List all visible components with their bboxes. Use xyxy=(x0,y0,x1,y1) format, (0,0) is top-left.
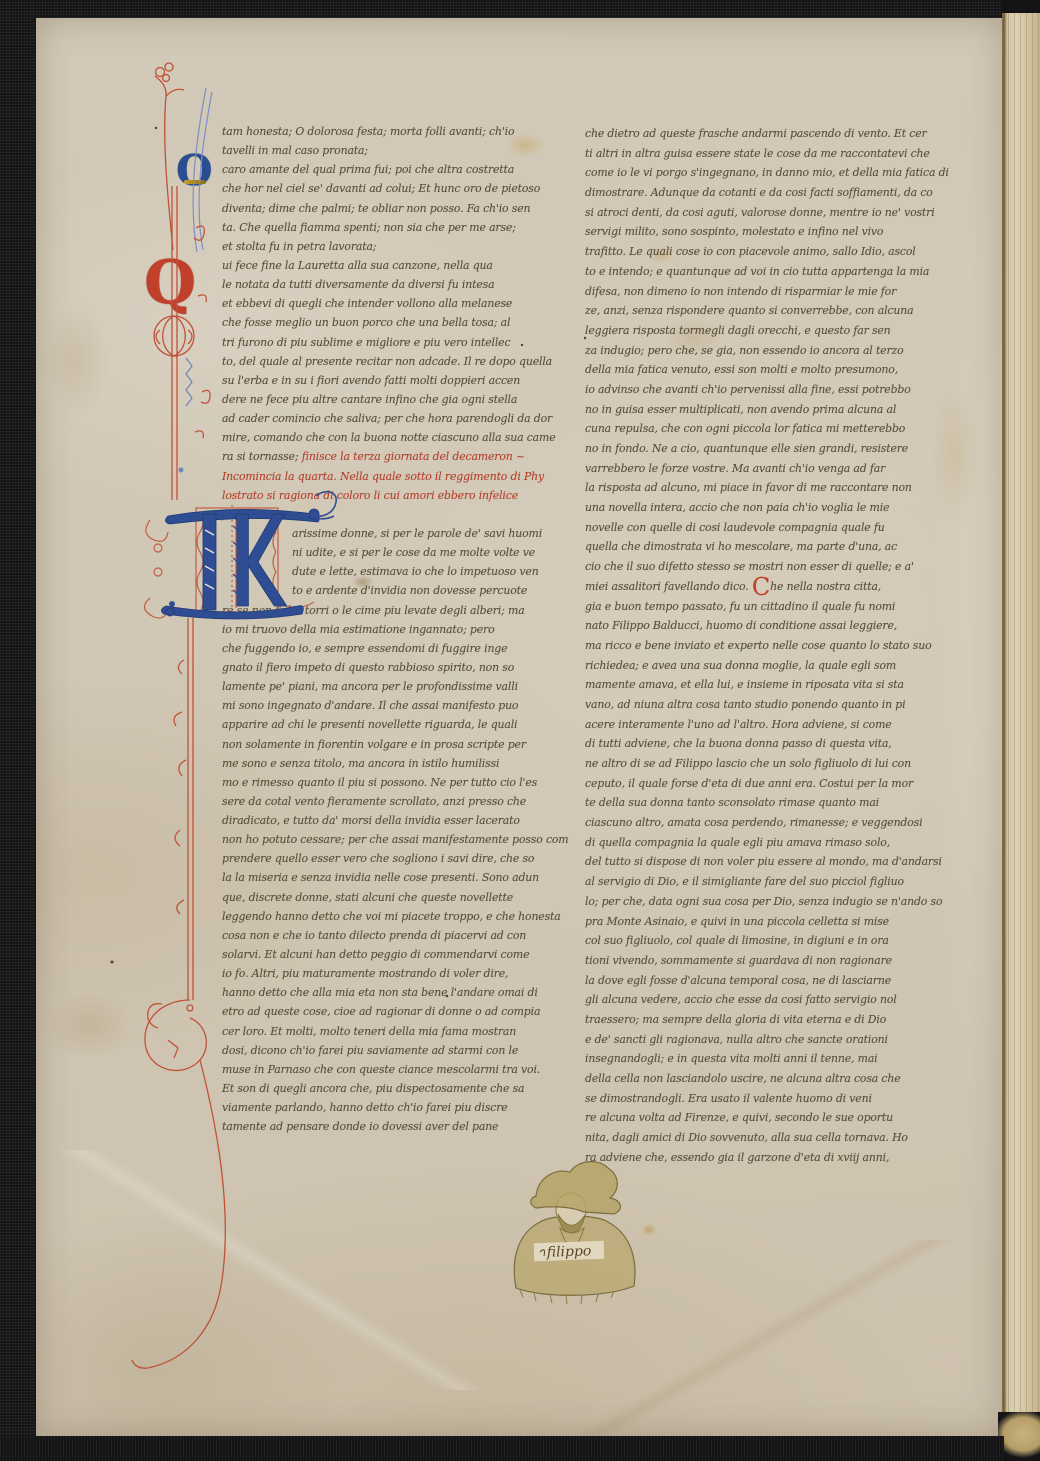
manuscript-line: ni udite, e si per le cose da me molte v… xyxy=(222,543,552,562)
body-text: mo e rimesso quanto il piu si possono. N… xyxy=(222,776,537,789)
body-text: la risposta ad alcuno, mi piace in favor… xyxy=(585,481,912,494)
manuscript-line: novelle con quelle di cosi laudevole com… xyxy=(585,518,935,538)
manuscript-line: varrebbero le forze vostre. Ma avanti ch… xyxy=(585,459,935,479)
manuscript-line: che hor nel ciel se' davanti ad colui; E… xyxy=(222,179,552,198)
body-text: ceputo, il quale forse d'eta di due anni… xyxy=(585,777,913,790)
manuscript-line: come io le vi porgo s'ingegnano, in dann… xyxy=(585,163,935,183)
manuscript-line: muse in Parnaso che con queste ciance me… xyxy=(222,1060,552,1079)
manuscript-line: miei assalitori favellando dico. Che nel… xyxy=(585,577,935,597)
manuscript-line: mi sono ingegnato d'andare. Il che assai… xyxy=(222,696,552,715)
body-text: acere interamente l'uno ad l'altro. Hora… xyxy=(585,718,892,731)
body-text: no in fondo. Ne a cio, quantunque elle s… xyxy=(585,442,908,455)
body-text: al servigio di Dio, e il simigliante far… xyxy=(585,875,904,888)
manuscript-line: ciascuno altro, amata cosa perdendo, rim… xyxy=(585,813,935,833)
body-text: Et son di quegli ancora che, piu dispect… xyxy=(222,1082,524,1095)
manuscript-line: acere interamente l'uno ad l'altro. Hora… xyxy=(585,715,935,735)
body-text: la la miseria e senza invidia nelle cose… xyxy=(222,871,539,884)
body-text: te della sua donna tanto sconsolato rima… xyxy=(585,796,879,809)
manuscript-line: leggiera risposta tormegli dagli orecchi… xyxy=(585,321,935,341)
manuscript-line: gia e buon tempo passato, fu un cittadin… xyxy=(585,597,935,617)
body-text: no in guisa esser multiplicati, non aven… xyxy=(585,403,896,416)
body-text: tamente ad pensare donde io dovessi aver… xyxy=(222,1120,498,1133)
body-text: viamente parlando, hanno detto ch'io far… xyxy=(222,1101,508,1114)
body-text: le notata da tutti diversamente da diver… xyxy=(222,278,494,291)
manuscript-line: mire, comando che con la buona notte cia… xyxy=(222,428,552,447)
manuscript-line: re se non l'alte torri o le cime piu lev… xyxy=(222,601,552,620)
manuscript-line: la dove egli fosse d'alcuna temporal cos… xyxy=(585,971,935,991)
body-text: nita, dagli amici di Dio sovvenuto, alla… xyxy=(585,1131,908,1144)
manuscript-line: tioni vivendo, sommamente si guardava di… xyxy=(585,951,935,971)
manuscript-line: hanno detto che alla mia eta non sta ben… xyxy=(222,983,552,1002)
manuscript-line: cuna repulsa, che con ogni piccola lor f… xyxy=(585,419,935,439)
body-text: la dove egli fosse d'alcuna temporal cos… xyxy=(585,974,891,987)
body-text: cosa non e che io tanto dilecto prenda d… xyxy=(222,929,526,942)
manuscript-line: cosa non e che io tanto dilecto prenda d… xyxy=(222,926,552,945)
manuscript-line: su l'erba e in su i fiori avendo fatti m… xyxy=(222,371,552,390)
manuscript-line: gli alcuna vedere, accio che esse da cos… xyxy=(585,990,935,1010)
body-text: re se non l'alte torri o le cime piu lev… xyxy=(222,604,525,617)
manuscript-line: traessero; ma sempre della gloria di vit… xyxy=(585,1010,935,1030)
body-text: arissime donne, si per le parole de' sav… xyxy=(292,527,542,540)
manuscript-line: le notata da tutti diversamente da diver… xyxy=(222,275,552,294)
body-text: nato Filippo Balducci, huomo di conditio… xyxy=(585,619,897,632)
body-text: se dimostrandogli. Era usato il valente … xyxy=(585,1092,872,1105)
body-text: hanno detto che alla mia eta non sta ben… xyxy=(222,986,538,999)
manuscript-line: dimostrare. Adunque da cotanti e da cosi… xyxy=(585,183,935,203)
body-text: ne altro di se ad Filippo lascio che un … xyxy=(585,757,911,770)
manuscript-line: to, del quale al presente recitar non ad… xyxy=(222,352,552,371)
body-text: muse in Parnaso che con queste ciance me… xyxy=(222,1063,540,1076)
manuscript-line: tri furono di piu sublime e migliore e p… xyxy=(222,333,552,352)
manuscript-line: di tutti adviene, che la buona donna pas… xyxy=(585,734,935,754)
manuscript-line: lo; per che, data ogni sua cosa per Dio,… xyxy=(585,892,935,912)
body-text: su l'erba e in su i fiori avendo fatti m… xyxy=(222,374,520,387)
body-text: dute e lette, estimava io che lo impetuo… xyxy=(292,565,539,578)
manuscript-line: nita, dagli amici di Dio sovvenuto, alla… xyxy=(585,1128,935,1148)
text-column-left: tam honesta; O dolorosa festa; morta fol… xyxy=(222,122,552,1136)
manuscript-line: fine; rubrica; xyxy=(222,505,552,524)
body-text: cio che il suo difetto stesso se mostri … xyxy=(585,560,914,573)
page-corner-curl xyxy=(998,1412,1040,1461)
body-text: cer loro. Et molti, molto teneri della m… xyxy=(222,1025,516,1038)
manuscript-line: nato Filippo Balducci, huomo di conditio… xyxy=(585,616,935,636)
manuscript-line: ne altro di se ad Filippo lascio che un … xyxy=(585,754,935,774)
body-text: prendere quello esser vero che sogliono … xyxy=(222,852,534,865)
body-text: della mia fatica venuto, essi son molti … xyxy=(585,363,898,376)
manuscript-line: si atroci denti, da cosi aguti, valorose… xyxy=(585,203,935,223)
body-text: et ebbevi di quegli che intender vollono… xyxy=(222,297,512,310)
body-text: che fosse meglio un buon porco che una b… xyxy=(222,316,510,329)
illuminated-initial-o: O xyxy=(176,146,213,195)
body-text: miei assalitori favellando dico. xyxy=(585,580,752,593)
body-text: et stolta fu in petra lavorata; xyxy=(222,240,376,253)
manuscript-line: et ebbevi di quegli che intender vollono… xyxy=(222,294,552,313)
manuscript-line: la la miseria e senza invidia nelle cose… xyxy=(222,868,552,887)
manuscript-line: to e intendo; e quantunque ad voi in cio… xyxy=(585,262,935,282)
manuscript-line: servigi milito, sono sospinto, molestato… xyxy=(585,222,935,242)
body-text: si atroci denti, da cosi aguti, valorose… xyxy=(585,206,935,219)
manuscript-line: richiedea; e avea una sua donna moglie, … xyxy=(585,656,935,676)
body-text: que, discrete donne, stati alcuni che qu… xyxy=(222,891,513,904)
body-text: e de' sancti gli ragionava, nulla altro … xyxy=(585,1033,888,1046)
body-text: to, del quale al presente recitar non ad… xyxy=(222,355,552,368)
body-text: del tutto si dispose di non voler piu es… xyxy=(585,855,942,868)
body-text: solarvi. Et alcuni han detto peggio di c… xyxy=(222,948,529,961)
manuscript-line: ze, anzi, senza rispondere quanto si con… xyxy=(585,301,935,321)
manuscript-line: apparire ad chi le presenti novellette r… xyxy=(222,715,552,734)
illuminated-initial-q: Q xyxy=(144,248,196,318)
manuscript-line: ceputo, il quale forse d'eta di due anni… xyxy=(585,774,935,794)
body-text: insegnandogli; e in questa vita molti an… xyxy=(585,1052,878,1065)
body-text: ti altri in altra guisa essere state le … xyxy=(585,147,930,160)
manuscript-line: non ho potuto cessare; per che assai man… xyxy=(222,830,552,849)
manuscript-line: no in fondo. Ne a cio, quantunque elle s… xyxy=(585,439,935,459)
body-text: ta. Che quella fiamma spenti; non sia ch… xyxy=(222,221,516,234)
manuscript-line: solarvi. Et alcuni han detto peggio di c… xyxy=(222,945,552,964)
manuscript-line: dute e lette, estimava io che lo impetuo… xyxy=(222,562,552,581)
manuscript-line: gnato il fiero impeto di questo rabbioso… xyxy=(222,658,552,677)
body-text: della cella non lasciandolo uscire, ne a… xyxy=(585,1072,901,1085)
manuscript-line: io advinso che avanti ch'io pervenissi a… xyxy=(585,380,935,400)
manuscript-line: col suo figliuolo, col quale di limosine… xyxy=(585,931,935,951)
manuscript-line: della mia fatica venuto, essi son molti … xyxy=(585,360,935,380)
body-text: come io le vi porgo s'ingegnano, in dann… xyxy=(585,166,949,179)
body-text: di quella compagnia la quale egli piu am… xyxy=(585,836,890,849)
body-text: to e ardente d'invidia non dovesse percu… xyxy=(292,584,527,597)
body-text: mamente amava, et ella lui, e insieme in… xyxy=(585,678,904,691)
body-text: to e intendo; e quantunque ad voi in cio… xyxy=(585,265,929,278)
body-text: che dietro ad queste frasche andarmi pas… xyxy=(585,127,927,140)
body-text: dere ne fece piu altre cantare infino ch… xyxy=(222,393,517,406)
body-text: tri furono di piu sublime e migliore e p… xyxy=(222,336,510,349)
body-text: di tutti adviene, che la buona donna pas… xyxy=(585,737,892,750)
body-text: lamente pe' piani, ma ancora per le prof… xyxy=(222,680,518,693)
manuscript-line: della cella non lasciandolo uscire, ne a… xyxy=(585,1069,935,1089)
body-text: quella che dimostrata vi ho mescolare, m… xyxy=(585,540,897,553)
manuscript-line: viamente parlando, hanno detto ch'io far… xyxy=(222,1098,552,1117)
body-text: me sono e senza titolo, ma ancora in ist… xyxy=(222,757,499,770)
body-text: ze, anzi, senza rispondere quanto si con… xyxy=(585,304,913,317)
body-text: tavelli in mal caso pronata; xyxy=(222,144,368,157)
body-text: ui fece fine la Lauretta alla sua canzon… xyxy=(222,259,493,272)
body-text: diradicato, e tutto da' morsi della invi… xyxy=(222,814,520,827)
manuscript-line: trafitto. Le quali cose io con piacevole… xyxy=(585,242,935,262)
body-text: ma ricco e bene inviato et experto nelle… xyxy=(585,639,931,652)
body-text: gli alcuna vedere, accio che esse da cos… xyxy=(585,993,897,1006)
body-text: mire, comando che con la buona notte cia… xyxy=(222,431,556,444)
manuscript-line: ma ricco e bene inviato et experto nelle… xyxy=(585,636,935,656)
body-text: tam honesta; O dolorosa festa; morta fol… xyxy=(222,125,514,138)
manuscript-line: io fo. Altri, piu maturamente mostrando … xyxy=(222,964,552,983)
manuscript-line: arissime donne, si per le parole de' sav… xyxy=(222,524,552,543)
manuscript-line: leggendo hanno detto che voi mi piacete … xyxy=(222,907,552,926)
body-text: lo; per che, data ogni sua cosa per Dio,… xyxy=(585,895,942,908)
manuscript-line: ra si tornasse; finisce la terza giornat… xyxy=(222,447,552,466)
manuscript-line: ad cader comincio che saliva; per che ho… xyxy=(222,409,552,428)
manuscript-line: che fuggendo io, e sempre essendomi di f… xyxy=(222,639,552,658)
manuscript-line: io mi truovo della mia estimatione ingan… xyxy=(222,620,552,639)
manuscript-line: mo e rimesso quanto il piu si possono. N… xyxy=(222,773,552,792)
manuscript-line: to e ardente d'invidia non dovesse percu… xyxy=(222,581,552,600)
manuscript-line: cer loro. Et molti, molto teneri della m… xyxy=(222,1022,552,1041)
body-text: dosi, dicono ch'io farei piu saviamente … xyxy=(222,1044,518,1057)
rubric-text: finisce la terza giornata del decameron … xyxy=(302,450,525,463)
body-text: difesa, non dimeno io non intendo di ris… xyxy=(585,285,896,298)
manuscript-line: ta. Che quella fiamma spenti; non sia ch… xyxy=(222,218,552,237)
body-text: una novella intera, accio che non paia c… xyxy=(585,501,889,514)
body-text: ad cader comincio che saliva; per che ho… xyxy=(222,412,552,425)
body-text: richiedea; e avea una sua donna moglie, … xyxy=(585,659,896,672)
body-text: che fuggendo io, e sempre essendomi di f… xyxy=(222,642,507,655)
body-text: he nella nostra citta, xyxy=(770,580,881,593)
body-text: traessero; ma sempre della gloria di vit… xyxy=(585,1013,886,1026)
manuscript-line: di quella compagnia la quale egli piu am… xyxy=(585,833,935,853)
manuscript-line: una novella intera, accio che non paia c… xyxy=(585,498,935,518)
manuscript-line: ra adviene che, essendo gia il garzone d… xyxy=(585,1148,935,1168)
manuscript-line: diradicato, e tutto da' morsi della invi… xyxy=(222,811,552,830)
body-text: apparire ad chi le presenti novellette r… xyxy=(222,718,517,731)
body-text: pra Monte Asinaio, e quivi in una piccol… xyxy=(585,915,889,928)
manuscript-line: lamente pe' piani, ma ancora per le prof… xyxy=(222,677,552,696)
manuscript-line: non solamente in fiorentin volgare e in … xyxy=(222,735,552,754)
body-text: etro ad queste cose, cioe ad ragionar di… xyxy=(222,1005,540,1018)
manuscript-line: mamente amava, et ella lui, e insieme in… xyxy=(585,675,935,695)
manuscript-line: tamente ad pensare donde io dovessi aver… xyxy=(222,1117,552,1136)
photograph-backdrop: tam honesta; O dolorosa festa; morta fol… xyxy=(0,0,1040,1461)
book-fore-edge xyxy=(1002,0,1040,1461)
body-text: non solamente in fiorentin volgare e in … xyxy=(222,738,526,751)
manuscript-line: ti altri in altra guisa essere state le … xyxy=(585,144,935,164)
manuscript-line: re alcuna volta ad Firenze, e quivi, sec… xyxy=(585,1108,935,1128)
backdrop-cloth-bottom xyxy=(0,1436,1004,1461)
body-text: io advinso che avanti ch'io pervenissi a… xyxy=(585,383,911,396)
body-text: io mi truovo della mia estimatione ingan… xyxy=(222,623,494,636)
body-text: vano, ad niuna altra cosa tanto studio p… xyxy=(585,698,905,711)
manuscript-line: ui fece fine la Lauretta alla sua canzon… xyxy=(222,256,552,275)
body-text: trafitto. Le quali cose io con piacevole… xyxy=(585,245,916,258)
manuscript-line: Incomincia la quarta. Nella quale sotto … xyxy=(222,467,552,486)
manuscript-line: quella che dimostrata vi ho mescolare, m… xyxy=(585,537,935,557)
body-text: sere da cotal vento fieramente scrollato… xyxy=(222,795,526,808)
backdrop-cloth-top-right xyxy=(1002,0,1040,13)
body-text: ni udite, e si per le cose da me molte v… xyxy=(292,546,535,559)
manuscript-line: Et son di quegli ancora che, piu dispect… xyxy=(222,1079,552,1098)
body-text: novelle con quelle di cosi laudevole com… xyxy=(585,521,885,534)
body-text: col suo figliuolo, col quale di limosine… xyxy=(585,934,889,947)
body-text: dimostrare. Adunque da cotanti e da cosi… xyxy=(585,186,933,199)
body-text: varrebbero le forze vostre. Ma avanti ch… xyxy=(585,462,885,475)
manuscript-line: pra Monte Asinaio, e quivi in una piccol… xyxy=(585,912,935,932)
manuscript-line: za indugio; pero che, se gia, non essend… xyxy=(585,341,935,361)
manuscript-line: difesa, non dimeno io non intendo di ris… xyxy=(585,282,935,302)
manuscript-line: no in guisa esser multiplicati, non aven… xyxy=(585,400,935,420)
manuscript-line: me sono e senza titolo, ma ancora in ist… xyxy=(222,754,552,773)
manuscript-line: dere ne fece piu altre cantare infino ch… xyxy=(222,390,552,409)
manuscript-line: al servigio di Dio, e il simigliante far… xyxy=(585,872,935,892)
manuscript-line: et stolta fu in petra lavorata; xyxy=(222,237,552,256)
manuscript-line: que, discrete donne, stati alcuni che qu… xyxy=(222,888,552,907)
manuscript-line: insegnandogli; e in questa vita molti an… xyxy=(585,1049,935,1069)
manuscript-line: se dimostrandogli. Era usato il valente … xyxy=(585,1089,935,1109)
manuscript-line: che dietro ad queste frasche andarmi pas… xyxy=(585,124,935,144)
body-text: ra si tornasse; xyxy=(222,450,302,463)
manuscript-line: e de' sancti gli ragionava, nulla altro … xyxy=(585,1030,935,1050)
rubric-text: Incomincia la quarta. Nella quale sotto … xyxy=(222,470,544,483)
manuscript-line: vano, ad niuna altra cosa tanto studio p… xyxy=(585,695,935,715)
manuscript-line: che fosse meglio un buon porco che una b… xyxy=(222,313,552,332)
body-text: leggendo hanno detto che voi mi piacete … xyxy=(222,910,561,923)
body-text: tioni vivendo, sommamente si guardava di… xyxy=(585,954,892,967)
body-text: io fo. Altri, piu maturamente mostrando … xyxy=(222,967,508,980)
body-text: gia e buon tempo passato, fu un cittadin… xyxy=(585,600,895,613)
body-text: diventa; dime che palmi; te obliar non p… xyxy=(222,202,530,215)
body-text: mi sono ingegnato d'andare. Il che assai… xyxy=(222,699,518,712)
manuscript-line: sere da cotal vento fieramente scrollato… xyxy=(222,792,552,811)
manuscript-line: caro amante del qual prima fui; poi che … xyxy=(222,160,552,179)
manuscript-line: te della sua donna tanto sconsolato rima… xyxy=(585,793,935,813)
body-text: che hor nel ciel se' davanti ad colui; E… xyxy=(222,182,540,195)
rubric-text: lostrato si ragiona di coloro li cui amo… xyxy=(222,489,518,502)
manuscript-line: dosi, dicono ch'io farei piu saviamente … xyxy=(222,1041,552,1060)
body-text: ciascuno altro, amata cosa perdendo, rim… xyxy=(585,816,922,829)
body-text: za indugio; pero che, se gia, non essend… xyxy=(585,344,904,357)
manuscript-line: etro ad queste cose, cioe ad ragionar di… xyxy=(222,1002,552,1021)
body-text: ra adviene che, essendo gia il garzone d… xyxy=(585,1151,889,1164)
manuscript-line: diventa; dime che palmi; te obliar non p… xyxy=(222,199,552,218)
manuscript-line: prendere quello esser vero che sogliono … xyxy=(222,849,552,868)
manuscript-line: tam honesta; O dolorosa festa; morta fol… xyxy=(222,122,552,141)
text-column-right: che dietro ad queste frasche andarmi pas… xyxy=(585,124,935,1167)
manuscript-line: tavelli in mal caso pronata; xyxy=(222,141,552,160)
body-text: caro amante del qual prima fui; poi che … xyxy=(222,163,514,176)
body-text: leggiera risposta tormegli dagli orecchi… xyxy=(585,324,891,337)
manuscript-line: del tutto si dispose di non voler piu es… xyxy=(585,852,935,872)
body-text: re alcuna volta ad Firenze, e quivi, sec… xyxy=(585,1111,893,1124)
body-text: servigi milito, sono sospinto, molestato… xyxy=(585,225,883,238)
body-text: gnato il fiero impeto di questo rabbioso… xyxy=(222,661,514,674)
manuscript-line: lostrato si ragiona di coloro li cui amo… xyxy=(222,486,552,505)
body-text: non ho potuto cessare; per che assai man… xyxy=(222,833,568,846)
body-text: cuna repulsa, che con ogni piccola lor f… xyxy=(585,422,905,435)
rubric-text: fine; rubrica; xyxy=(222,508,292,521)
manuscript-line: la risposta ad alcuno, mi piace in favor… xyxy=(585,478,935,498)
